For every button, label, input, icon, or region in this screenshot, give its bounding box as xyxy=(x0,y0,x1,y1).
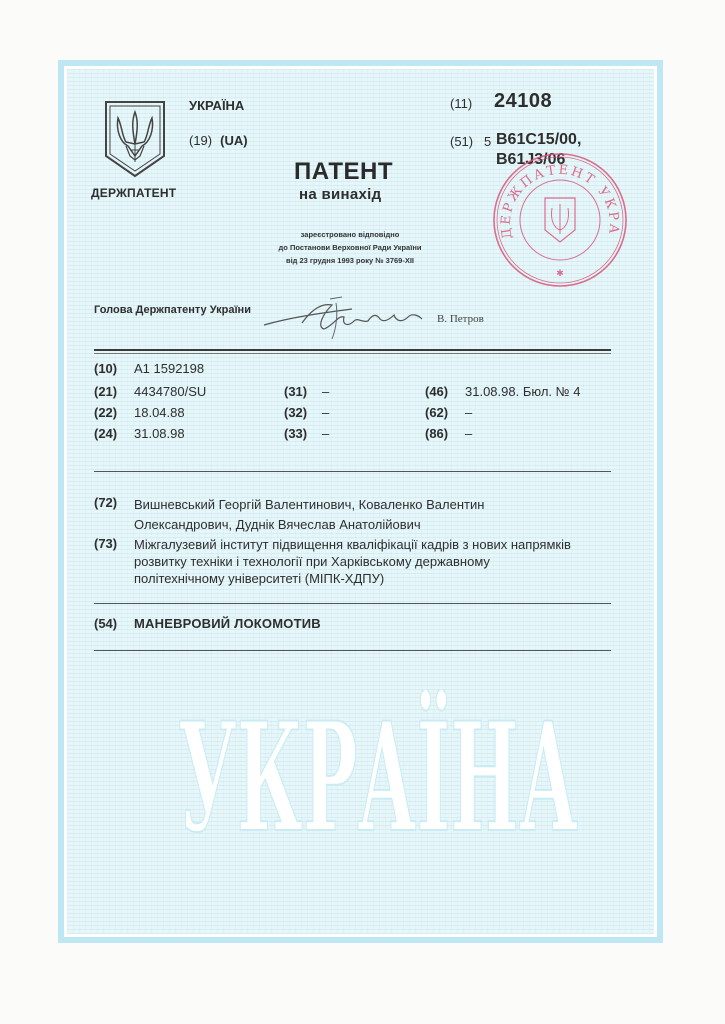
divider xyxy=(94,471,611,472)
registration-line: від 23 грудня 1993 року № 3769-XII xyxy=(230,254,470,267)
signatory-name: В. Петров xyxy=(437,313,484,325)
field-code: (24) xyxy=(94,426,117,441)
document-title: ПАТЕНТ xyxy=(294,158,393,186)
field-code: (86) xyxy=(425,426,448,441)
field-value: – xyxy=(322,405,329,420)
registration-line: зареєстровано відповідно xyxy=(230,228,470,241)
field-value: A1 1592198 xyxy=(134,361,204,376)
field-value: – xyxy=(465,426,472,441)
field-code: (46) xyxy=(425,384,448,399)
patent-number: 24108 xyxy=(494,90,552,113)
ukraine-watermark: УКРАЇНА xyxy=(168,690,588,850)
ipc-edition: 5 xyxy=(484,134,491,149)
invention-title-code: (54) xyxy=(94,616,117,631)
country-code: (19)(UA) xyxy=(189,133,248,148)
country-name: УКРАЇНА xyxy=(189,98,244,113)
trident-emblem-icon xyxy=(104,100,166,178)
country-code-label: (19) xyxy=(189,133,212,148)
inventors-text: Вишневський Георгій Валентинович, Ковале… xyxy=(134,495,554,535)
owner-text: Міжгалузевий інститут підвищення кваліфі… xyxy=(134,536,574,587)
country-code-value: (UA) xyxy=(220,133,247,148)
field-code: (31) xyxy=(284,384,307,399)
signatory-role: Голова Держпатенту України xyxy=(94,304,251,316)
owner-code: (73) xyxy=(94,536,117,551)
divider xyxy=(94,650,611,651)
ipc-label: (51) xyxy=(450,134,473,149)
field-value: 18.04.88 xyxy=(134,405,185,420)
field-value: – xyxy=(322,426,329,441)
registration-line: до Постанови Верховної Ради України xyxy=(230,241,470,254)
svg-text:УКРАЇНА: УКРАЇНА xyxy=(178,690,578,850)
handwritten-signature xyxy=(262,295,432,341)
field-value: – xyxy=(465,405,472,420)
field-value: 31.08.98. Бюл. № 4 xyxy=(465,384,580,399)
ipc-code: B61C15/00, xyxy=(496,131,581,149)
field-code: (62) xyxy=(425,405,448,420)
field-value: 4434780/SU xyxy=(134,384,206,399)
divider xyxy=(94,349,611,351)
field-value: – xyxy=(322,384,329,399)
field-code: (32) xyxy=(284,405,307,420)
field-code: (10) xyxy=(94,361,117,376)
field-code: (33) xyxy=(284,426,307,441)
svg-text:✱: ✱ xyxy=(556,268,564,278)
patent-number-label: (11) xyxy=(450,96,472,111)
official-seal-stamp-icon: ДЕРЖПАТЕНТ УКРАЇНИ ✱ xyxy=(490,150,630,290)
divider xyxy=(94,353,611,354)
invention-title: МАНЕВРОВИЙ ЛОКОМОТИВ xyxy=(134,616,321,631)
field-code: (22) xyxy=(94,405,117,420)
divider xyxy=(94,603,611,604)
field-code: (21) xyxy=(94,384,117,399)
inventors-code: (72) xyxy=(94,495,117,510)
document-subtitle: на винахід xyxy=(299,186,381,203)
agency-name: ДЕРЖПАТЕНТ xyxy=(91,186,176,200)
field-value: 31.08.98 xyxy=(134,426,185,441)
